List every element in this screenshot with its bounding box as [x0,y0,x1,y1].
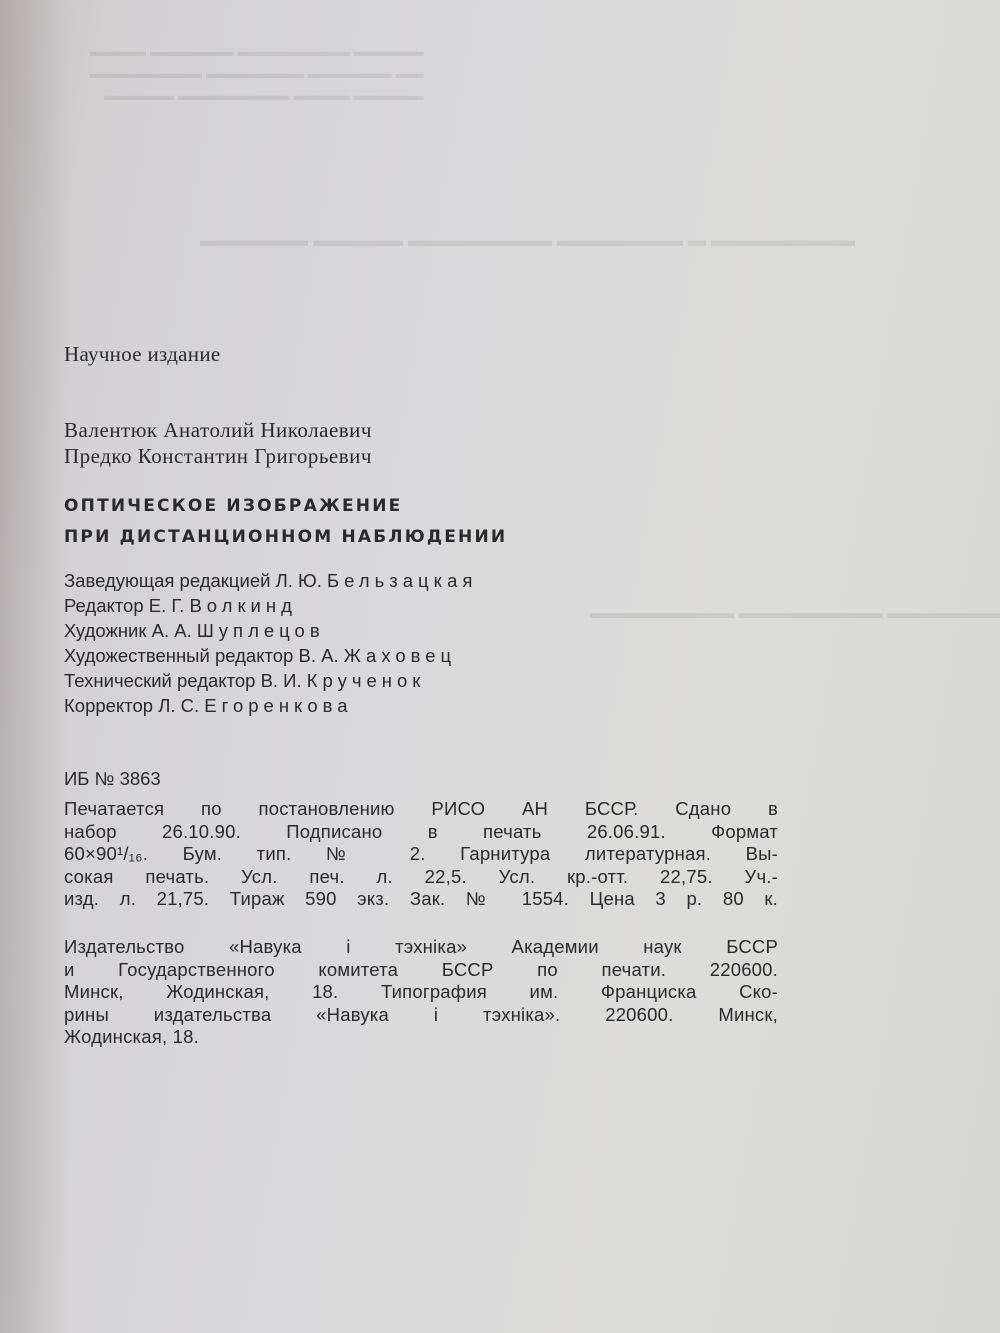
print-info-paragraph: Печатается по постановлению РИСО АН БССР… [64,798,778,911]
staff-credit: Художник А. А. Шуплецов [64,618,477,643]
author-name: Предко Константин Григорьевич [64,444,372,469]
series-label: Научное издание [64,342,221,367]
bleed-through-text: ▬▬▬▬▬ ▬▬▬▬▬▬▬▬ ▬▬▬▬▬▬ ▬▬▬▬▬▬ ▬▬▬▬▬▬ ▬▬▬▬… [90,40,424,106]
staff-credit: Художественный редактор В. А. Жаховец [64,643,477,668]
bleed-through-text: ▬▬▬▬▬▬▬▬ ▬ ▬▬▬▬▬▬▬ ▬▬▬▬▬▬▬▬ ▬▬▬▬▬ ▬▬▬▬▬▬ [200,230,855,251]
publisher-paragraph: Издательство «Навука і тэхніка» Академии… [64,936,778,1049]
book-title-line: ОПТИЧЕСКОЕ ИЗОБРАЖЕНИЕ [64,496,402,516]
staff-credit: Заведующая редакцией Л. Ю. Бельзацкая [64,568,477,593]
staff-credits: Заведующая редакцией Л. Ю. Бельзацкая Ре… [64,568,477,718]
book-title-line: ПРИ ДИСТАНЦИОННОМ НАБЛЮДЕНИИ [64,527,507,547]
author-name: Валентюк Анатолий Николаевич [64,418,372,443]
staff-credit: Технический редактор В. И. Крученок [64,668,477,693]
page-fold-shadow [0,0,70,1333]
staff-credit: Корректор Л. С. Егоренкова [64,693,477,718]
ib-number: ИБ № 3863 [64,768,161,790]
bleed-through-text: ▬▬▬▬▬▬▬▬ ▬▬▬▬▬▬▬▬▬ ▬▬▬▬▬▬▬▬▬ [590,605,1000,623]
staff-credit: Редактор Е. Г. Волкинд [64,593,477,618]
